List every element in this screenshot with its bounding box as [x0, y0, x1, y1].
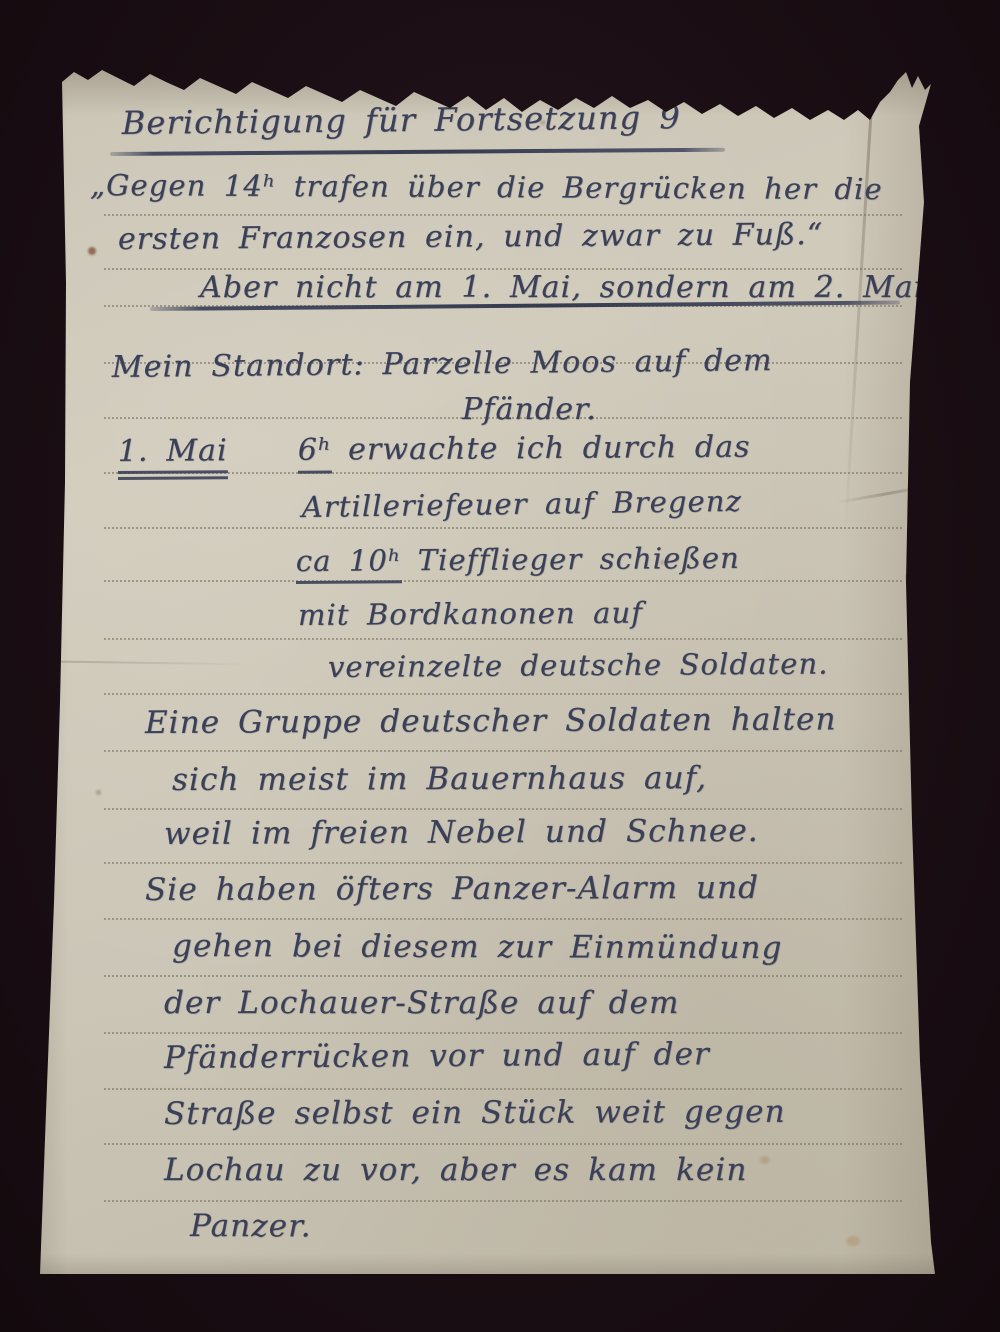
- text-segment: Pfänder.: [462, 392, 597, 427]
- ruled-line: [104, 862, 902, 864]
- handwritten-line: Mein Standort: Parzelle Moos auf dem: [112, 343, 773, 385]
- left-edge-shading: [38, 62, 68, 1274]
- handwritten-line: Panzer.: [190, 1208, 312, 1244]
- handwritten-line: Sie haben öfters Panzer-Alarm und: [145, 870, 759, 908]
- handwritten-line: sich meist im Bauernhaus auf,: [172, 760, 707, 798]
- text-segment: der Lochauer-Straße auf dem: [164, 985, 680, 1021]
- text-segment: Eine Gruppe deutscher Soldaten halten: [145, 701, 837, 741]
- emphasized-text-segment: 6ʰ: [298, 433, 333, 474]
- ink-underline-rule: [110, 148, 725, 156]
- handwritten-line: „Gegen 14ʰ trafen über die Bergrücken he…: [90, 168, 883, 206]
- text-segment: Panzer.: [190, 1208, 312, 1244]
- ruled-line: [104, 693, 902, 695]
- text-segment: Lochau zu vor, aber es kam kein: [164, 1152, 747, 1188]
- crease-line: [837, 483, 940, 504]
- handwritten-line: gehen bei diesem zur Einmündung: [172, 928, 783, 966]
- text-segment: erwachte ich durch das: [348, 430, 751, 468]
- ruled-line: [104, 1143, 902, 1145]
- ruled-line: [104, 1088, 902, 1090]
- emphasized-text-segment: 1. Mai: [118, 433, 228, 480]
- stain-spot: [906, 574, 912, 580]
- document-title: Berichtigung für Fortsetzung 9: [122, 98, 681, 142]
- text-segment: sich meist im Bauernhaus auf,: [172, 760, 707, 798]
- handwritten-line: der Lochauer-Straße auf dem: [164, 985, 680, 1021]
- stain-spot: [846, 1236, 860, 1246]
- text-segment: Tiefflieger schießen: [418, 541, 740, 577]
- handwritten-line: ca 10ʰTiefflieger schießen: [296, 541, 740, 584]
- text-segment: ersten Franzosen ein, und zwar zu Fuß.“: [118, 217, 824, 257]
- text-segment: gehen bei diesem zur Einmündung: [172, 928, 783, 966]
- handwritten-line: Pfänderrücken vor und auf der: [164, 1036, 710, 1076]
- handwritten-line: vereinzelte deutsche Soldaten.: [328, 647, 829, 684]
- text-segment: Sie haben öfters Panzer-Alarm und: [145, 870, 759, 908]
- text-segment: Aber nicht am 1. Mai, sondern am 2. Mai: [200, 270, 925, 305]
- text-segment: mit Bordkanonen auf: [298, 596, 643, 632]
- ruled-line: [104, 214, 902, 216]
- text-segment: vereinzelte deutsche Soldaten.: [328, 647, 829, 684]
- bottom-edge-shading: [38, 1254, 938, 1274]
- text-segment: Berichtigung für Fortsetzung 9: [122, 98, 681, 142]
- ruled-line: [104, 527, 902, 529]
- right-edge-shading: [843, 62, 938, 1274]
- emphasized-text-segment: ca 10ʰ: [296, 543, 402, 584]
- handwritten-line: Lochau zu vor, aber es kam kein: [164, 1152, 747, 1188]
- handwritten-line: Artilleriefeuer auf Bregenz: [302, 484, 743, 524]
- handwritten-line: Pfänder.: [462, 392, 597, 427]
- ruled-line: [104, 750, 902, 752]
- stain-spot: [88, 247, 96, 255]
- handwritten-line: ersten Franzosen ein, und zwar zu Fuß.“: [118, 217, 824, 257]
- handwritten-line: Aber nicht am 1. Mai, sondern am 2. Mai: [200, 270, 925, 305]
- ruled-line: [104, 975, 902, 977]
- handwritten-line: weil im freien Nebel und Schnee.: [164, 813, 759, 852]
- handwritten-line: 1. Mai6ʰerwachte ich durch das: [118, 430, 751, 480]
- text-segment: weil im freien Nebel und Schnee.: [164, 813, 759, 852]
- text-segment: „Gegen 14ʰ trafen über die Bergrücken he…: [90, 168, 883, 206]
- ruled-line: [104, 918, 902, 920]
- handwritten-line: Straße selbst ein Stück weit gegen: [164, 1094, 786, 1132]
- handwritten-line: mit Bordkanonen auf: [298, 596, 643, 632]
- text-segment: Straße selbst ein Stück weit gegen: [164, 1094, 786, 1132]
- ruled-line: [104, 638, 902, 640]
- text-segment: Pfänderrücken vor und auf der: [164, 1036, 710, 1076]
- text-segment: Artilleriefeuer auf Bregenz: [302, 484, 743, 524]
- photo-background: Berichtigung für Fortsetzung 9„Gegen 14ʰ…: [0, 0, 1000, 1332]
- text-segment: Mein Standort: Parzelle Moos auf dem: [112, 343, 773, 385]
- ruled-line: [104, 1032, 902, 1034]
- ruled-line: [104, 808, 902, 810]
- crease-line: [60, 661, 250, 666]
- paper-sheet: Berichtigung für Fortsetzung 9„Gegen 14ʰ…: [38, 62, 938, 1274]
- stain-spot: [760, 1156, 770, 1164]
- handwritten-line: Eine Gruppe deutscher Soldaten halten: [145, 701, 837, 741]
- stain-spot: [96, 790, 101, 795]
- ruled-line: [104, 1200, 902, 1202]
